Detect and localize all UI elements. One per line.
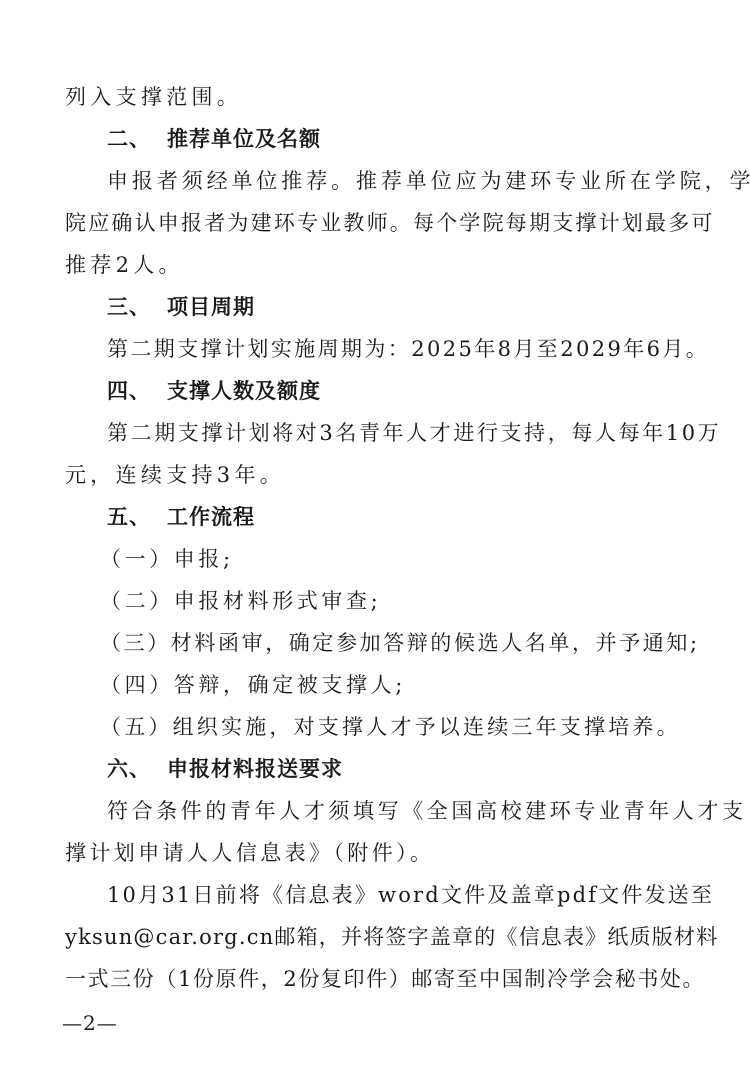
body-text-line: 符合条件的青年人才须填写《全国高校建环专业青年人才支 — [107, 790, 737, 832]
section-title: 推荐单位及名额 — [167, 127, 321, 151]
document-page: 列入支撑范围。 二、推荐单位及名额 申报者须经单位推荐。推荐单位应为建环专业所在… — [0, 0, 750, 1091]
body-text-line: 列入支撑范围。 — [65, 76, 695, 118]
body-text-line: 10月31日前将《信息表》word文件及盖章pdf文件发送至 — [107, 874, 737, 916]
body-text-line: 第二期支撑计划实施周期为：2025年8月至2029年6月。 — [107, 328, 737, 370]
section-number: 四、 — [107, 370, 167, 412]
list-item: （五）组织实施，对支撑人才予以连续三年支撑培养。 — [100, 706, 730, 748]
body-text-line: 推荐2人。 — [65, 244, 695, 286]
section-number: 二、 — [107, 118, 167, 160]
body-text-line: 撑计划申请人人信息表》（附件）。 — [65, 832, 695, 874]
list-item: （三）材料函审，确定参加答辩的候选人名单，并予通知; — [100, 622, 730, 664]
body-text-line: 一式三份（1份原件，2份复印件）邮寄至中国制冷学会秘书处。 — [65, 958, 695, 1000]
body-text-line: 院应确认申报者为建环专业教师。每个学院每期支撑计划最多可 — [65, 202, 695, 244]
section-heading-3: 三、项目周期 — [107, 286, 737, 328]
section-number: 六、 — [107, 748, 167, 790]
section-number: 五、 — [107, 496, 167, 538]
body-text-line: 申报者须经单位推荐。推荐单位应为建环专业所在学院，学 — [107, 160, 737, 202]
section-title: 支撑人数及额度 — [167, 379, 321, 403]
list-item: （一）申报; — [100, 538, 730, 580]
section-title: 申报材料报送要求 — [167, 757, 343, 781]
section-title: 项目周期 — [167, 295, 255, 319]
section-heading-4: 四、支撑人数及额度 — [107, 370, 737, 412]
body-text-line: 第二期支撑计划将对3名青年人才进行支持，每人每年10万 — [107, 412, 737, 454]
page-number: —2— — [62, 1011, 118, 1035]
list-item: （四）答辩，确定被支撑人; — [100, 664, 730, 706]
list-item: （二）申报材料形式审查; — [100, 580, 730, 622]
section-number: 三、 — [107, 286, 167, 328]
section-heading-2: 二、推荐单位及名额 — [107, 118, 737, 160]
section-heading-6: 六、申报材料报送要求 — [107, 748, 737, 790]
body-text-line: 元，连续支持3年。 — [65, 454, 695, 496]
section-heading-5: 五、工作流程 — [107, 496, 737, 538]
section-title: 工作流程 — [167, 505, 255, 529]
body-text-line: yksun@car.org.cn邮箱，并将签字盖章的《信息表》纸质版材料 — [65, 916, 695, 958]
